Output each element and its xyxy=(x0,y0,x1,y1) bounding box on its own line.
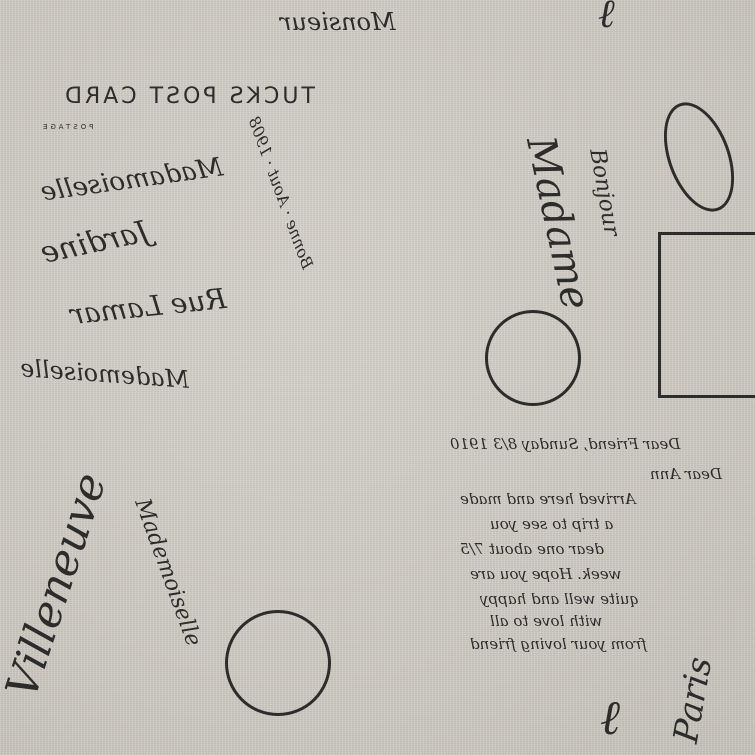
script-line: Rue Lamar xyxy=(69,282,228,331)
postmark-stamp xyxy=(485,310,581,406)
postcard-title: TUCKS POST CARD xyxy=(62,84,315,109)
script-line: Bonjour xyxy=(584,147,624,238)
diagonal-letter: Bonne · Aout · 1908 xyxy=(241,113,320,273)
script-line: Jardine xyxy=(38,214,153,271)
letter-line: a trip to see you xyxy=(490,515,613,533)
letter-line: quite well and happy xyxy=(480,590,639,608)
script-line: Mademoiselle xyxy=(19,354,190,394)
postage-stamp-frame xyxy=(658,232,755,398)
script-flourish: ℓ xyxy=(598,0,615,37)
script-line: Mademoiselle xyxy=(129,495,206,649)
letter-line: dear one about 7/5 xyxy=(460,540,604,558)
script-line: Villeneuve xyxy=(0,467,117,704)
script-line: Monsieur xyxy=(280,8,396,36)
letter-line: Dear Ann xyxy=(650,465,722,483)
script-flourish: ℓ xyxy=(600,690,620,746)
letter-line: week. Hope you are xyxy=(470,565,622,583)
script-line: Madamoiselle xyxy=(39,152,225,207)
script-line: Madame xyxy=(517,132,599,314)
oval-stamp xyxy=(650,93,747,221)
fabric-image: TUCKS POST CARD POSTAGE Madamoiselle Jar… xyxy=(0,0,755,755)
postmark-stamp xyxy=(225,610,331,716)
postage-label: POSTAGE xyxy=(40,123,93,131)
letter-line: Dear Friend, Sunday 8/3 1910 xyxy=(450,435,680,453)
letter-line: from your loving friend xyxy=(470,635,647,653)
letter-line: Arrived here and made xyxy=(460,490,636,508)
script-line: Paris xyxy=(666,654,720,746)
letter-line: with love to all xyxy=(490,612,602,630)
